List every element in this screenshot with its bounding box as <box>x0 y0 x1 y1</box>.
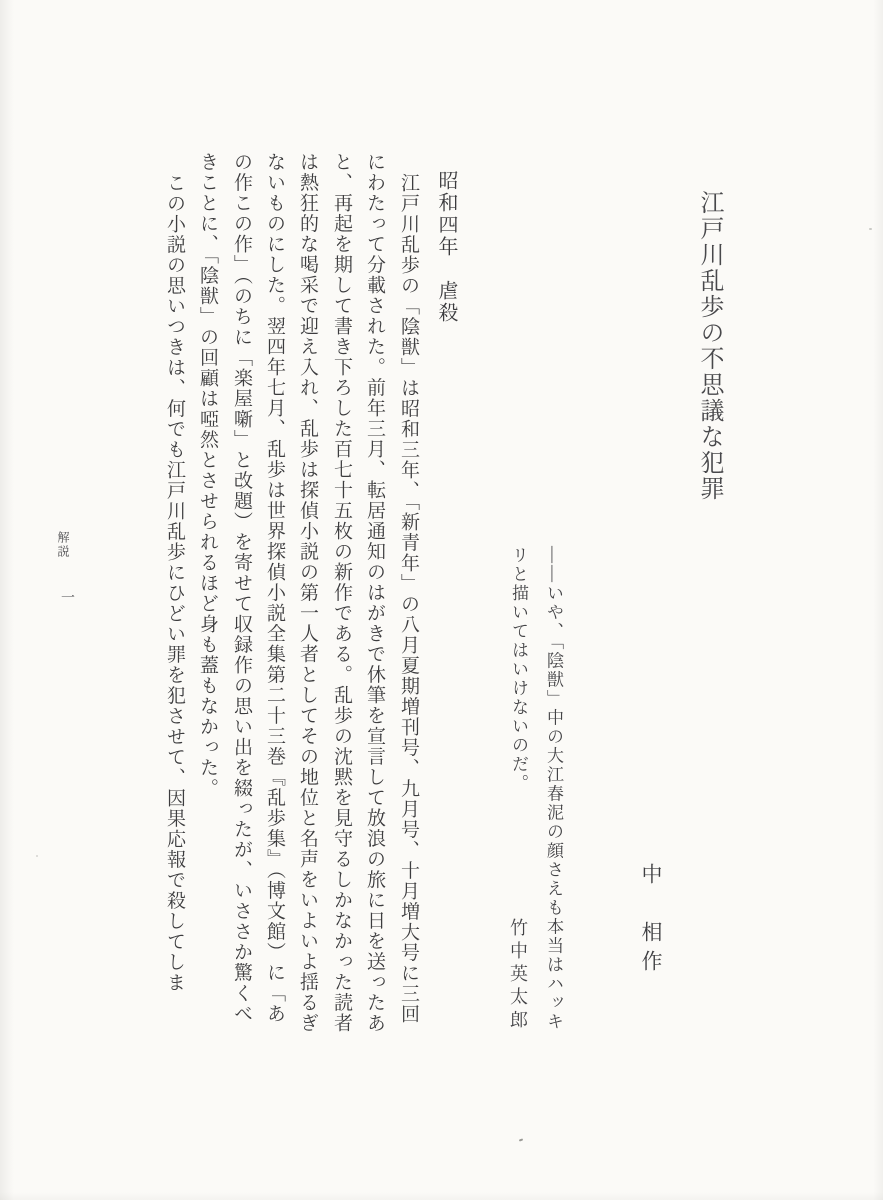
scan-speck <box>519 1138 523 1141</box>
body-column-6: の作この作」（のちに「楽屋噺」と改題）を寄せて収録作の思い出を綴ったが、いささか… <box>230 152 252 1024</box>
scan-speck <box>36 855 38 857</box>
body-column-2: にわたって分載された。前年三月、転居通知のはがきで休筆を宣言して放浪の旅に日を送… <box>363 152 385 1034</box>
body-column-3: と、再起を期して書き下ろした百七十五枚の新作である。乱歩の沈黙を見守るしかなかっ… <box>330 152 352 1034</box>
page-title: 江戸川乱歩の不思議な犯罪 <box>692 190 727 502</box>
section-heading: 昭和四年 虐殺 <box>432 170 461 324</box>
epigraph-line-1: ――いや、「陰獣」中の大江春泥の顔さえも本当はハッキ <box>541 546 566 1032</box>
body-column-5: ないものにした。翌四年七月、乱歩は世界探偵小説全集第二十三巻『乱歩集』（博文館）… <box>263 152 285 1024</box>
footer-page-number: 一 <box>56 590 76 606</box>
author-name: 中 相作 <box>636 863 666 979</box>
book-page: 江戸川乱歩の不思議な犯罪 ――いや、「陰獣」中の大江春泥の顔さえも本当はハッキ … <box>0 0 883 1200</box>
body-column-4: は熱狂的な喝采で迎え入れ、乱歩は探偵小説の第一人者としてその地位と名声をいよいよ… <box>296 152 318 1034</box>
body-column-8: この小説の思いつきは、何でも江戸川乱歩にひどい罪を犯させて、因果応報で殺してしま <box>163 152 185 993</box>
body-column-1: 江戸川乱歩の「陰獣」は昭和三年、「新青年」の八月夏期増刊号、九月号、十月増大号に… <box>397 152 419 1025</box>
footer-section-label: 解説 <box>55 531 72 559</box>
epigraph-attribution: 竹中英太郎 <box>505 918 531 1033</box>
scan-speck <box>869 228 872 230</box>
epigraph-line-2: リと描いてはいけないのだ。 <box>506 546 531 793</box>
body-column-7: きことに、「陰獣」の回顧は啞然とさせられるほど身も蓋もなかった。 <box>196 152 218 799</box>
